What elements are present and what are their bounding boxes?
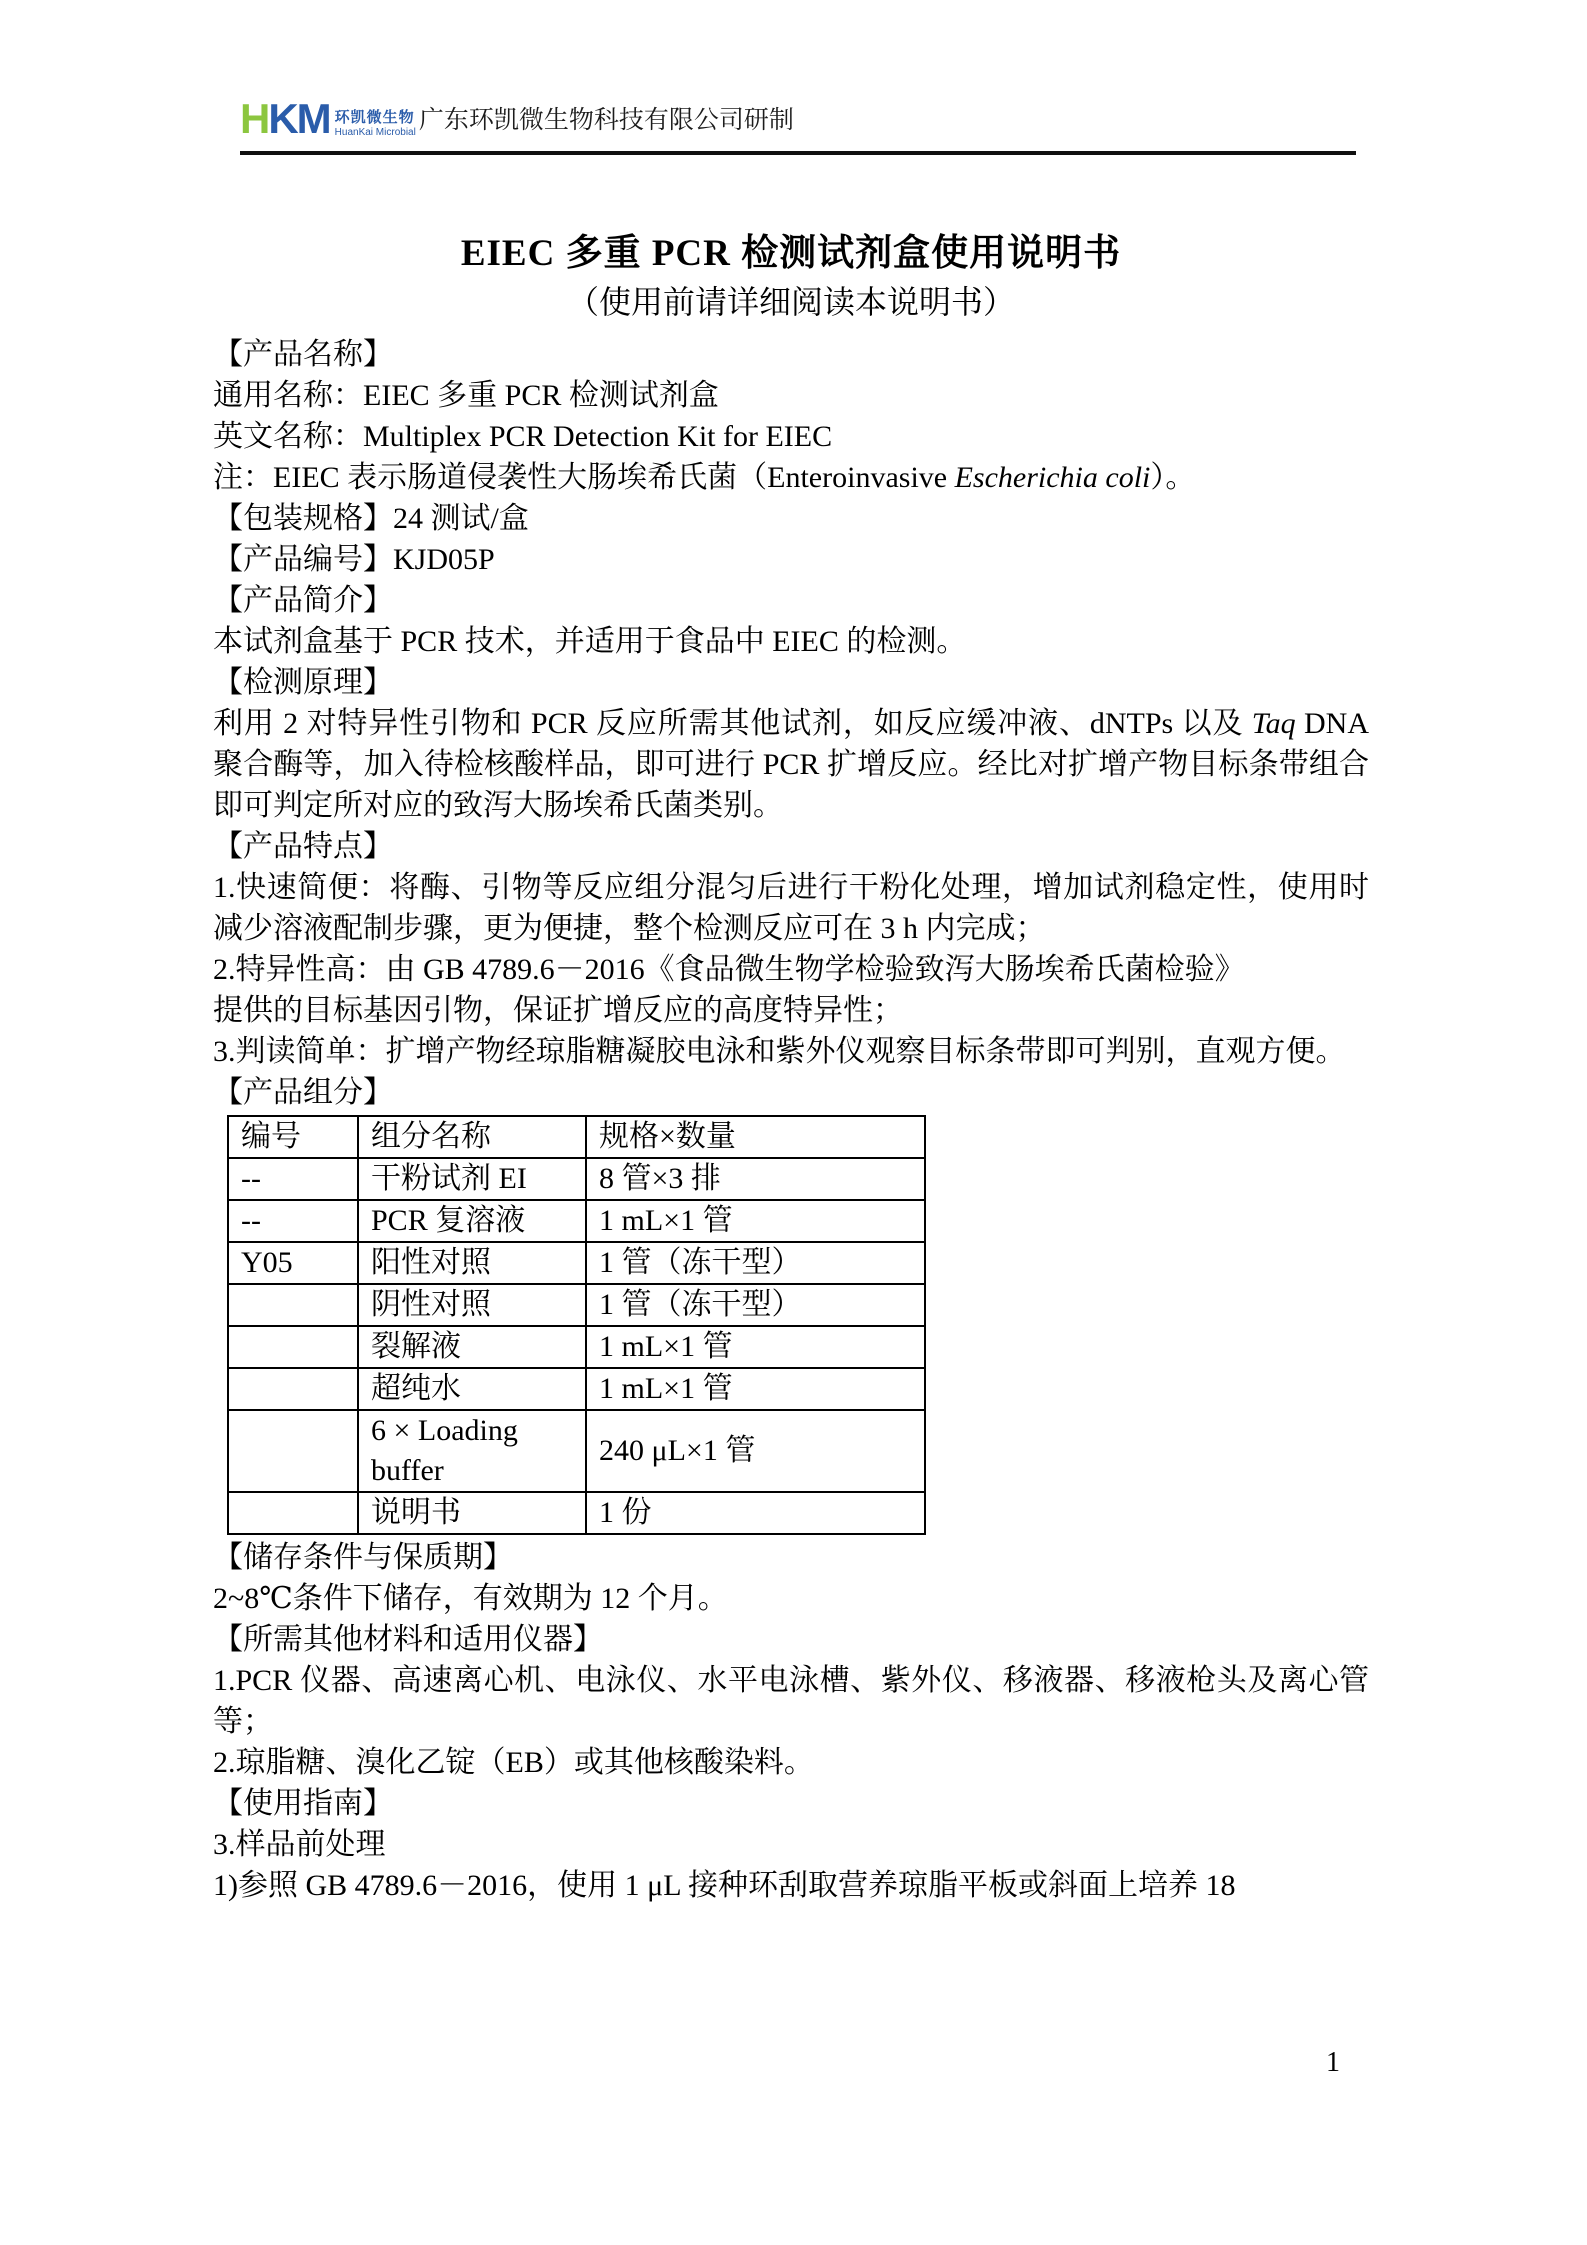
cell-spec: 1 管（冻干型）: [586, 1242, 925, 1284]
english-name-line: 英文名称：Multiplex PCR Detection Kit for EIE…: [213, 416, 1369, 457]
cell-name: 裂解液: [358, 1326, 586, 1368]
table-row: -- PCR 复溶液 1 mL×1 管: [228, 1200, 925, 1242]
note-line: 注：EIEC 表示肠道侵袭性大肠埃希氏菌（Enteroinvasive Esch…: [213, 457, 1369, 498]
hkm-logo-acronym: HKM: [240, 100, 330, 138]
principle-paragraph: 利用 2 对特异性引物和 PCR 反应所需其他试剂，如反应缓冲液、dNTPs 以…: [213, 703, 1369, 826]
generic-name-line: 通用名称：EIEC 多重 PCR 检测试剂盒: [213, 375, 1369, 416]
heading-pack-spec: 【包装规格】24 测试/盒: [213, 498, 1369, 539]
table-row: -- 干粉试剂 EI 8 管×3 排: [228, 1158, 925, 1200]
note-prefix: 注：EIEC 表示肠道侵袭性大肠埃希氏菌（Enteroinvasive: [213, 461, 955, 494]
cell-name: 阳性对照: [358, 1242, 586, 1284]
components-table: 编号 组分名称 规格×数量 -- 干粉试剂 EI 8 管×3 排 -- PCR …: [227, 1115, 926, 1535]
feature-2-line1: 2.特异性高：由 GB 4789.6－2016《食品微生物学检验致泻大肠埃希氏菌…: [213, 949, 1369, 990]
col-header-number: 编号: [228, 1116, 358, 1158]
cell-number: [228, 1284, 358, 1326]
header-divider-line: [240, 151, 1356, 155]
table-row: 裂解液 1 mL×1 管: [228, 1326, 925, 1368]
document-content: EIEC 多重 PCR 检测试剂盒使用说明书 （使用前请详细阅读本说明书） 【产…: [213, 229, 1369, 1906]
principle-prefix: 利用 2 对特异性引物和 PCR 反应所需其他试剂，如反应缓冲液、dNTPs 以…: [213, 707, 1252, 740]
feature-3-paragraph: 3.判读简单：扩增产物经琼脂糖凝胶电泳和紫外仪观察目标条带即可判别，直观方便。: [213, 1031, 1369, 1072]
cell-spec: 1 mL×1 管: [586, 1326, 925, 1368]
hkm-logo-name-block: 环凯微生物 HuanKai Microbial: [335, 110, 416, 138]
cell-name: 超纯水: [358, 1368, 586, 1410]
heading-materials: 【所需其他材料和适用仪器】: [213, 1619, 1369, 1660]
guide-step-line: 3.样品前处理: [213, 1824, 1369, 1865]
cell-name: 阴性对照: [358, 1284, 586, 1326]
cell-spec: 1 份: [586, 1492, 925, 1534]
company-name: 广东环凯微生物科技有限公司研制: [419, 104, 794, 138]
note-species-italic: Escherichia coli: [955, 461, 1151, 494]
cell-number: --: [228, 1158, 358, 1200]
heading-principle: 【检测原理】: [213, 662, 1369, 703]
page-header: HKM 环凯微生物 HuanKai Microbial 广东环凯微生物科技有限公…: [240, 100, 1357, 138]
cell-name: PCR 复溶液: [358, 1200, 586, 1242]
intro-line: 本试剂盒基于 PCR 技术，并适用于食品中 EIEC 的检测。: [213, 621, 1369, 662]
heading-product-name: 【产品名称】: [213, 334, 1369, 375]
cell-spec: 240 μL×1 管: [586, 1410, 925, 1492]
cell-spec: 1 mL×1 管: [586, 1368, 925, 1410]
document-subtitle: （使用前请详细阅读本说明书）: [213, 279, 1369, 325]
table-row: 说明书 1 份: [228, 1492, 925, 1534]
document-body: 【产品名称】 通用名称：EIEC 多重 PCR 检测试剂盒 英文名称：Multi…: [213, 334, 1369, 1906]
heading-storage: 【储存条件与保质期】: [213, 1537, 1369, 1578]
materials-2-line: 2.琼脂糖、溴化乙锭（EB）或其他核酸染料。: [213, 1742, 1369, 1783]
heading-guide: 【使用指南】: [213, 1783, 1369, 1824]
principle-taq-italic: Taq: [1252, 707, 1296, 740]
hkm-logo-letter-h: H: [240, 95, 268, 142]
cell-number: [228, 1410, 358, 1492]
materials-1-paragraph: 1.PCR 仪器、高速离心机、电泳仪、水平电泳槽、紫外仪、移液器、移液枪头及离心…: [213, 1660, 1369, 1742]
cell-number: [228, 1368, 358, 1410]
heading-product-code: 【产品编号】KJD05P: [213, 539, 1369, 580]
hkm-logo-chinese-name: 环凯微生物: [335, 110, 416, 127]
cell-number: Y05: [228, 1242, 358, 1284]
cell-spec: 1 mL×1 管: [586, 1200, 925, 1242]
cell-name: 干粉试剂 EI: [358, 1158, 586, 1200]
table-row: 阴性对照 1 管（冻干型）: [228, 1284, 925, 1326]
hkm-logo-english-name: HuanKai Microbial: [335, 127, 416, 138]
cell-name: 6 × Loading buffer: [358, 1410, 586, 1492]
table-row: 超纯水 1 mL×1 管: [228, 1368, 925, 1410]
heading-intro: 【产品简介】: [213, 580, 1369, 621]
page-number: 1: [1326, 2046, 1340, 2080]
cell-number: [228, 1492, 358, 1534]
col-header-spec: 规格×数量: [586, 1116, 925, 1158]
hkm-logo-letters-km: KM: [268, 95, 329, 142]
table-row: 6 × Loading buffer 240 μL×1 管: [228, 1410, 925, 1492]
heading-features: 【产品特点】: [213, 826, 1369, 867]
document-title: EIEC 多重 PCR 检测试剂盒使用说明书: [213, 229, 1369, 279]
storage-line: 2~8℃条件下储存，有效期为 12 个月。: [213, 1578, 1369, 1619]
table-header-row: 编号 组分名称 规格×数量: [228, 1116, 925, 1158]
note-suffix: ）。: [1150, 461, 1195, 494]
cell-number: [228, 1326, 358, 1368]
cell-spec: 8 管×3 排: [586, 1158, 925, 1200]
cell-number: --: [228, 1200, 358, 1242]
feature-2-line2: 提供的目标基因引物，保证扩增反应的高度特异性；: [213, 990, 1369, 1031]
guide-substep-line: 1)参照 GB 4789.6－2016，使用 1 μL 接种环刮取营养琼脂平板或…: [213, 1865, 1369, 1906]
col-header-name: 组分名称: [358, 1116, 586, 1158]
table-row: Y05 阳性对照 1 管（冻干型）: [228, 1242, 925, 1284]
document-page: HKM 环凯微生物 HuanKai Microbial 广东环凯微生物科技有限公…: [0, 0, 1587, 2245]
hkm-logo: HKM 环凯微生物 HuanKai Microbial: [240, 100, 416, 138]
cell-spec: 1 管（冻干型）: [586, 1284, 925, 1326]
feature-1-paragraph: 1.快速简便：将酶、引物等反应组分混匀后进行干粉化处理，增加试剂稳定性，使用时减…: [213, 867, 1369, 949]
heading-components: 【产品组分】: [213, 1072, 1369, 1113]
cell-name: 说明书: [358, 1492, 586, 1534]
